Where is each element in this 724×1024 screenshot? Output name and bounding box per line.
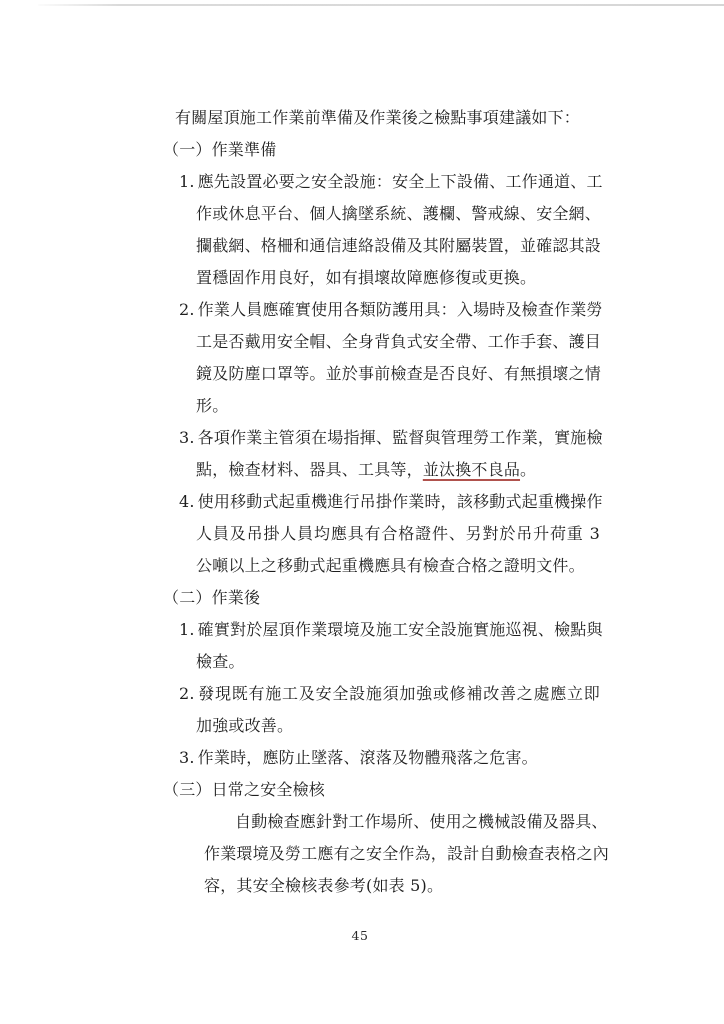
text-line: 2.發現既有施工及安全設施須加強或修補改善之處應立即 [0,678,600,710]
text-line: （一）作業準備 [0,134,724,166]
text-line: 2.作業人員應確實使用各類防護用具：入場時及檢查作業勞 [0,294,600,326]
text-segment: 作業環境及勞工應有之安全作為，設計自動檢查表格之內 [204,844,609,863]
text-segment: 確實對於屋頂作業環境及施工安全設施實施巡視、檢點與 [198,620,603,639]
underlined-text: 並汰換不良品 [423,460,520,479]
text-segment: 有關屋頂施工作業前準備及作業後之檢點事項建議如下： [175,108,580,127]
text-line: 加強或改善。 [0,710,724,742]
text-segment: 置穩固作用良好，如有損壞故障應修復或更換。 [196,268,536,287]
text-line: 工是否戴用安全帽、全身背負式安全帶、工作手套、護目 [0,326,600,358]
text-segment: 人員及吊掛人員均應具有合格證件、另對於吊升荷重 3 [196,524,600,543]
text-line: 1.確實對於屋頂作業環境及施工安全設施實施巡視、檢點與 [0,614,600,646]
text-segment: 公噸以上之移動式起重機應具有檢查合格之證明文件。 [196,556,585,575]
item-number: 2. [179,684,195,703]
item-number: 1. [179,172,195,191]
text-line: 容，其安全檢核表參考(如表 5)。 [0,870,724,902]
text-segment: 。 [520,460,536,479]
text-segment: 自動檢查應針對工作場所、使用之機械設備及器具、 [235,812,608,831]
document-body: 有關屋頂施工作業前準備及作業後之檢點事項建議如下：（一）作業準備1.應先設置必要… [0,102,724,902]
text-line: 有關屋頂施工作業前準備及作業後之檢點事項建議如下： [0,102,724,134]
text-line: 3.作業時，應防止墜落、滾落及物體飛落之危害。 [0,742,724,774]
text-line: 人員及吊掛人員均應具有合格證件、另對於吊升荷重 3 [0,518,600,550]
text-line: 點，檢查材料、器具、工具等，並汰換不良品。 [0,454,724,486]
item-number: 4. [179,492,195,511]
text-line: 置穩固作用良好，如有損壞故障應修復或更換。 [0,262,724,294]
text-segment: 鏡及防塵口罩等。並於事前檢查是否良好、有無損壞之情 [196,364,601,383]
text-line: （二）作業後 [0,582,724,614]
text-segment: 攔截網、格柵和通信連絡設備及其附屬裝置，並確認其設 [196,236,601,255]
item-number: 1. [179,620,195,639]
text-line: 4.使用移動式起重機進行吊掛作業時，該移動式起重機操作 [0,486,600,518]
text-segment: （三）日常之安全檢核 [163,780,325,799]
scan-artifact-line [38,4,724,6]
text-segment: 作業人員應確實使用各類防護用具：入場時及檢查作業勞 [198,300,603,319]
text-segment: 加強或改善。 [196,716,293,735]
text-segment: （二）作業後 [163,588,260,607]
text-line: 1.應先設置必要之安全設施：安全上下設備、工作通道、工 [0,166,600,198]
text-line: 作業環境及勞工應有之安全作為，設計自動檢查表格之內 [0,838,601,870]
item-number: 3. [179,428,195,447]
text-segment: 作業時，應防止墜落、滾落及物體飛落之危害。 [198,748,538,767]
text-line: （三）日常之安全檢核 [0,774,724,806]
text-line: 攔截網、格柵和通信連絡設備及其附屬裝置，並確認其設 [0,230,600,262]
text-line: 自動檢查應針對工作場所、使用之機械設備及器具、 [0,806,601,838]
text-line: 形。 [0,390,724,422]
text-segment: （一）作業準備 [163,140,276,159]
text-line: 3.各項作業主管須在場指揮、監督與管理勞工作業，實施檢 [0,422,600,454]
item-number: 2. [179,300,195,319]
item-number: 3. [179,748,195,767]
text-segment: 應先設置必要之安全設施：安全上下設備、工作通道、工 [198,172,603,191]
text-segment: 作或休息平台、個人擒墜系統、護欄、警戒線、安全網、 [196,204,601,223]
text-segment: 檢查。 [196,652,245,671]
text-segment: 各項作業主管須在場指揮、監督與管理勞工作業，實施檢 [198,428,603,447]
text-segment: 容，其安全檢核表參考(如表 5)。 [204,876,443,895]
text-line: 檢查。 [0,646,724,678]
text-line: 作或休息平台、個人擒墜系統、護欄、警戒線、安全網、 [0,198,600,230]
page-number: 45 [340,928,380,944]
text-segment: 點，檢查材料、器具、工具等， [196,460,423,479]
text-segment: 發現既有施工及安全設施須加強或修補改善之處應立即 [198,684,600,703]
text-segment: 形。 [196,396,228,415]
text-segment: 工是否戴用安全帽、全身背負式安全帶、工作手套、護目 [196,332,601,351]
text-segment: 使用移動式起重機進行吊掛作業時，該移動式起重機操作 [198,492,603,511]
document-page: 有關屋頂施工作業前準備及作業後之檢點事項建議如下：（一）作業準備1.應先設置必要… [0,0,724,1024]
text-line: 鏡及防塵口罩等。並於事前檢查是否良好、有無損壞之情 [0,358,600,390]
text-line: 公噸以上之移動式起重機應具有檢查合格之證明文件。 [0,550,724,582]
